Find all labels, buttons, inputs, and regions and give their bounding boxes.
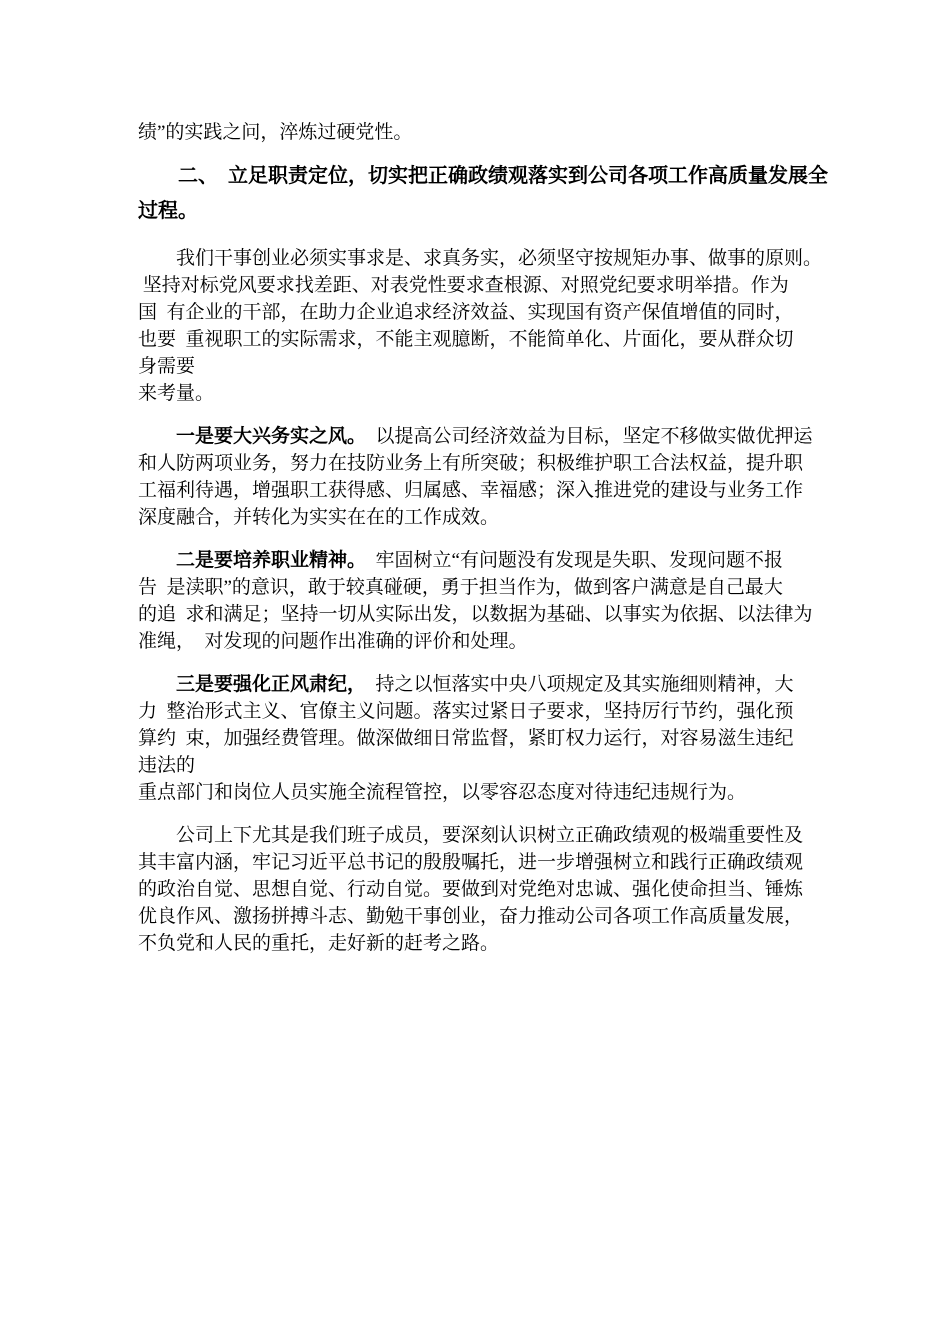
paragraph-text: 公司上下尤其是我们班子成员，要深刻认识树立正确政绩观的极端重要性及 其丰富内涵，…: [138, 825, 803, 954]
paragraph-lead: 二是要培养职业精神。: [138, 550, 357, 571]
paragraph-intro-continuation: 绩”的实践之问，淬炼过硬党性。: [138, 119, 828, 146]
paragraph-point-three: 三是要强化正风肃纪， 持之以恒落实中央八项规定及其实施细则精神，大 力 整治形式…: [138, 671, 828, 806]
section-heading: 二、 立足职责定位，切实把正确政绩观落实到公司各项工作高质量发展全 过程。: [138, 159, 828, 229]
document-page: 绩”的实践之问，淬炼过硬党性。 二、 立足职责定位，切实把正确政绩观落实到公司各…: [0, 0, 950, 1344]
paragraph-point-one: 一是要大兴务实之风。 以提高公司经济效益为目标，坚定不移做实做优押运 和人防两项…: [138, 423, 828, 531]
paragraph-lead: 一是要大兴务实之风。: [138, 426, 357, 447]
paragraph-point-two: 二是要培养职业精神。 牢固树立“有问题没有发现是失职、发现问题不报 告 是渎职”…: [138, 547, 828, 655]
paragraph-lead: 三是要强化正风肃纪，: [138, 674, 357, 695]
paragraph-principles: 我们干事创业必须实事求是、求真务实，必须坚守按规矩办事、做事的原则。 坚持对标党…: [138, 245, 828, 407]
paragraph-closing: 公司上下尤其是我们班子成员，要深刻认识树立正确政绩观的极端重要性及 其丰富内涵，…: [138, 822, 828, 957]
document-body: 绩”的实践之问，淬炼过硬党性。 二、 立足职责定位，切实把正确政绩观落实到公司各…: [138, 119, 828, 957]
paragraph-text: 我们干事创业必须实事求是、求真务实，必须坚守按规矩办事、做事的原则。 坚持对标党…: [138, 248, 822, 404]
